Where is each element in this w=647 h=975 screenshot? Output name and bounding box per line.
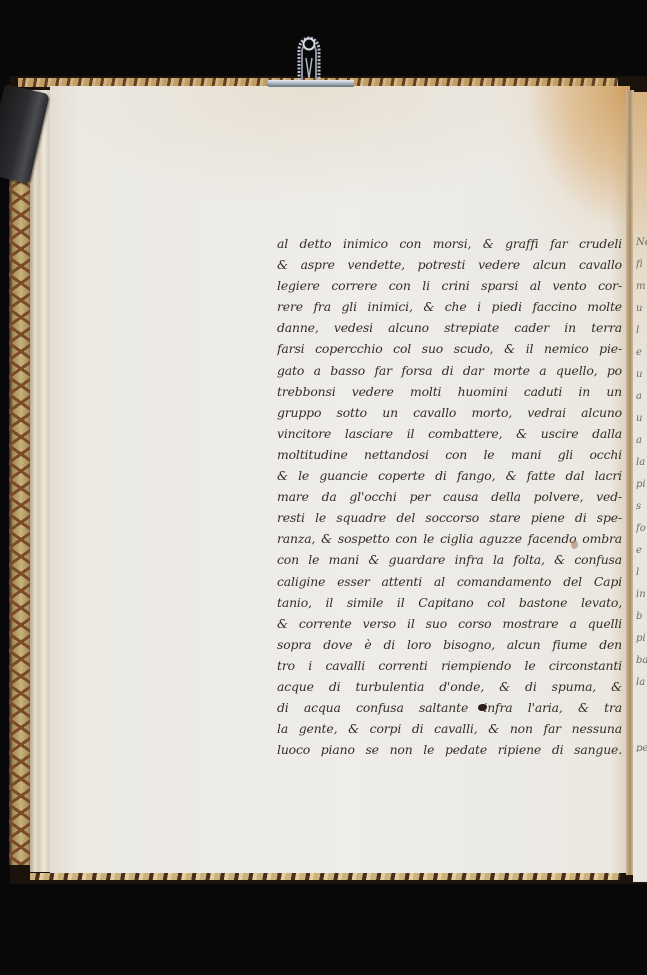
text-line: danne, vedesi alcuno strepiate cader in …	[277, 317, 622, 338]
facing-fragment: a	[636, 430, 647, 452]
facing-fragment: pi	[636, 628, 647, 650]
text-line: tro i cavalli correnti riempiendo le cir…	[277, 655, 622, 676]
facing-fragment: Ne	[636, 232, 647, 254]
facing-fragment: u	[636, 364, 647, 386]
text-line: sopra dove è di loro bisogno, alcun fium…	[277, 634, 622, 655]
facing-fragment: u	[636, 298, 647, 320]
facing-fragment: e	[636, 540, 647, 562]
facing-fragment: fi	[636, 254, 647, 276]
text-line: gato a basso far forsa di dar morte a qu…	[277, 360, 622, 381]
text-line: di acqua confusa saltante infra l'aria, …	[277, 697, 622, 718]
text-line: ranza, & sospetto con le ciglia aguzze f…	[277, 528, 622, 549]
facing-fragment: pe	[636, 738, 647, 752]
text-line: rere fra gli inimici, & che i piedi facc…	[277, 296, 622, 317]
facing-fragment: u	[636, 408, 647, 430]
text-line: legiere correre con li crini sparsi al v…	[277, 275, 622, 296]
binder-clip-bar	[268, 80, 354, 87]
facing-fragment: pi	[636, 474, 647, 496]
text-line: caligine esser attenti al comandamento d…	[277, 571, 622, 592]
document-viewer: Ne fi m u l e u a u a la pi s fo e l in …	[0, 0, 647, 975]
text-line: resti le squadre del soccorso stare pien…	[277, 507, 622, 528]
facing-fragment	[636, 694, 647, 716]
stain-spot	[571, 540, 578, 549]
facing-fragment: ba	[636, 650, 647, 672]
facing-page-text: Ne fi m u l e u a u a la pi s fo e l in …	[636, 232, 647, 752]
text-line: trebbonsi vedere molti huomini caduti in…	[277, 381, 622, 402]
text-line: moltitudine nettandosi con le mani gli o…	[277, 444, 622, 465]
text-line: farsi copercchio col suo scudo, & il nem…	[277, 338, 622, 359]
manuscript-text-block: al detto inimico con morsi, & graffi far…	[277, 233, 627, 760]
gilt-edge-bottom	[30, 873, 620, 880]
facing-fragment: fo	[636, 518, 647, 540]
facing-fragment: l	[636, 562, 647, 584]
text-line: tanio, il simile il Capitano col bastone…	[277, 592, 622, 613]
facing-fragment: la	[636, 452, 647, 474]
text-line: mare da gl'occhi per causa della polvere…	[277, 486, 622, 507]
facing-fragment: m	[636, 276, 647, 298]
facing-fragment: b	[636, 606, 647, 628]
facing-fragment: a	[636, 386, 647, 408]
text-line: vincitore lasciare il combattere, & usci…	[277, 423, 622, 444]
text-line: la gente, & corpi di cavalli, & non far …	[277, 718, 622, 739]
text-line: & aspre vendette, potresti vedere alcun …	[277, 254, 622, 275]
facing-fragment: s	[636, 496, 647, 518]
text-line: & le guancie coperte di fango, & fatte d…	[277, 465, 622, 486]
text-line: & corrente verso il suo corso mostrare a…	[277, 613, 622, 634]
text-line: luoco piano se non le pedate ripiene di …	[277, 739, 622, 760]
facing-fragment: la	[636, 672, 647, 694]
text-line: con le mani & guardare infra la folta, &…	[277, 549, 622, 570]
facing-fragment	[636, 716, 647, 738]
facing-fragment: in	[636, 584, 647, 606]
binder-clip-icon	[293, 28, 325, 82]
text-line: al detto inimico con morsi, & graffi far…	[277, 233, 622, 254]
facing-fragment: l	[636, 320, 647, 342]
facing-fragment: e	[636, 342, 647, 364]
text-line: acque di turbulentia d'onde, & di spuma,…	[277, 676, 622, 697]
text-line: gruppo sotto un cavallo morto, vedrai al…	[277, 402, 622, 423]
